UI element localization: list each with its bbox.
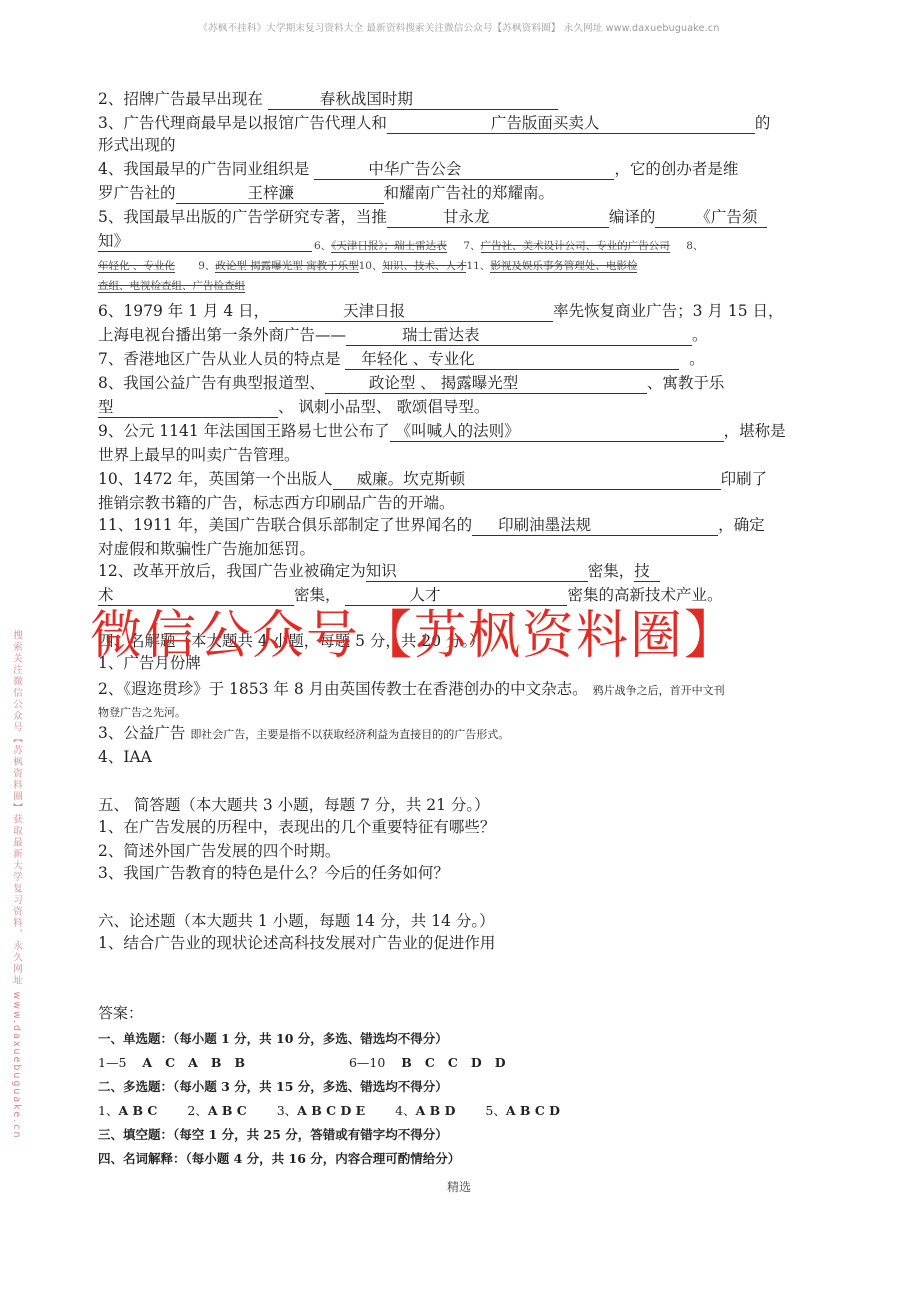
struck-notes-row-2: 年轻化 、专业化 9、政论型 揭露曝光型 寓教于乐型10、知识、技术、人才11、… [98,258,637,274]
section-5-item-2: 2、简述外国广告发展的四个时期。 [98,840,340,862]
question-11: 11、1911 年，美国广告联合俱乐部制定了世界闻名的印刷油墨法规，确定 [98,514,765,536]
question-10: 10、1472 年，英国第一个出版人威廉。坎克斯顿印刷了 [98,468,767,490]
question-6: 6、1979 年 1 月 4 日，天津日报率先恢复商业广告；3 月 15 日， [98,300,784,322]
struck-notes-row-3: 查组、电视检查组、广告检查组 [98,278,245,294]
question-2: 2、招牌广告最早出现在 春秋战国时期 [98,88,558,110]
section-6-title: 六、论述题（本大题共 1 小题，每题 14 分，共 14 分。） [98,910,495,932]
answers-s2-values: 1、A B C 2、A B C 3、A B C D E 4、A B D 5、A … [98,1102,560,1120]
question-8: 8、我国公益广告有典型报道型、政论型 、 揭露曝光型、寓教于乐 [98,372,724,394]
answer-blank: 知识 [366,561,588,582]
footer-label: 精选 [0,1178,918,1195]
header-watermark: 《苏枫不挂科》大学期末复习资料大全 最新资料搜索关注微信公众号【苏枫资料圈】 永… [0,20,918,34]
answer-blank: 瑞士雷达表 [346,325,692,346]
answers-s1-values: 1—5 A C A B B 6—10 B C C D D [98,1054,506,1072]
question-4-cont: 罗广告社的王梓濂和耀南广告社的郑耀南。 [98,182,554,204]
section-4-item-2-note: 物登广告之先河。 [98,702,186,724]
question-4: 4、我国最早的广告同业组织是 中华广告公会，它的创办者是维 [98,158,738,180]
answers-heading: 答案： [98,1002,143,1024]
answer-blank: 技 [634,561,660,582]
question-10-cont: 推销宗教书籍的广告，标志西方印刷品广告的开端。 [98,492,455,514]
answer-blank: 《叫喊人的法则》 [390,421,724,442]
answers-s2-title: 二、多选题：（每小题 3 分，共 15 分，多选、错选均不得分） [98,1078,448,1096]
section-6-item-1: 1、结合广告业的现状论述高科技发展对广告业的促进作用 [98,932,495,954]
section-4-item-2: 2、《遐迩贯珍》于 1853 年 8 月由英国传教士在香港创办的中文杂志。 鸦片… [98,678,725,702]
answer-blank: 知》 [98,231,312,252]
answer-blank: 广告版面买卖人 [387,113,755,134]
question-3: 3、广告代理商最早是以报馆广告代理人和广告版面买卖人的 [98,112,770,134]
section-5-item-3: 3、我国广告教育的特色是什么？今后的任务如何？ [98,862,449,884]
answer-blank: 印刷油墨法规 [472,515,718,536]
answer-blank: 政论型 、 揭露曝光型 [325,373,647,394]
question-11-cont: 对虚假和欺骗性广告施加惩罚。 [98,538,315,560]
question-12: 12、改革开放后，我国广告业被确定为知识密集，技 [98,560,660,582]
answer-blank: 王梓濂 [176,183,384,204]
question-7: 7、香港地区广告从业人员的特点是 年轻化 、专业化 。 [98,348,705,370]
side-watermark: 搜索关注微信公众号【苏枫资料圈】获取最新大学复习资料，永久网址 www.daxu… [9,630,23,1140]
section-5-title: 五、 简答题（本大题共 3 小题，每题 7 分，共 21 分。） [98,794,490,816]
question-8-cont: 型、 讽刺小品型、 歌颂倡导型。 [98,396,489,418]
answer-blank: 《广告须 [655,207,767,228]
question-6-cont: 上海电视台播出第一条外商广告——瑞士雷达表。 [98,324,708,346]
section-5-item-1: 1、在广告发展的历程中，表现出的几个重要特征有哪些？ [98,816,495,838]
struck-notes-row-1: 6、《天津日报》；瑞士雷达表 7、广告社、美术设计公司、专业的广告公司 8、 [314,238,703,254]
answers-s3-title: 三、填空题：（每空 1 分，共 25 分，答错或有错字均不得分） [98,1126,448,1144]
answer-blank: 年轻化 、专业化 [345,349,679,370]
answer-blank: 天津日报 [269,301,553,322]
answer-blank: 春秋战国时期 [268,89,558,110]
overlay-watermark: 微信公众号【苏枫资料圈】 [90,598,738,674]
question-5: 5、我国最早出版的广告学研究专著，当推甘永龙编译的《广告须 [98,206,767,228]
answers-s1-title: 一、单选题：（每小题 1 分，共 10 分，多选、错选均不得分） [98,1030,448,1048]
section-4-item-4: 4、IAA [98,746,152,768]
answer-blank: 型 [98,397,278,418]
question-9-cont: 世界上最早的叫卖广告管理。 [98,444,300,466]
question-9: 9、公元 1141 年法国国王路易七世公布了《叫喊人的法则》，堪称是 [98,420,786,442]
answer-blank: 威廉。坎克斯顿 [333,469,721,490]
question-5-cont: 知》 [98,230,312,252]
answer-blank: 甘永龙 [387,207,609,228]
section-4-item-3: 3、公益广告 即社会广告，主要是指不以获取经济利益为直接目的的广告形式。 [98,722,509,746]
answers-s4-title: 四、名词解释：（每小题 4 分，共 16 分，内容合理可酌情给分） [98,1150,460,1168]
answer-blank: 中华广告公会 [314,159,614,180]
question-3-cont: 形式出现的 [98,134,176,156]
